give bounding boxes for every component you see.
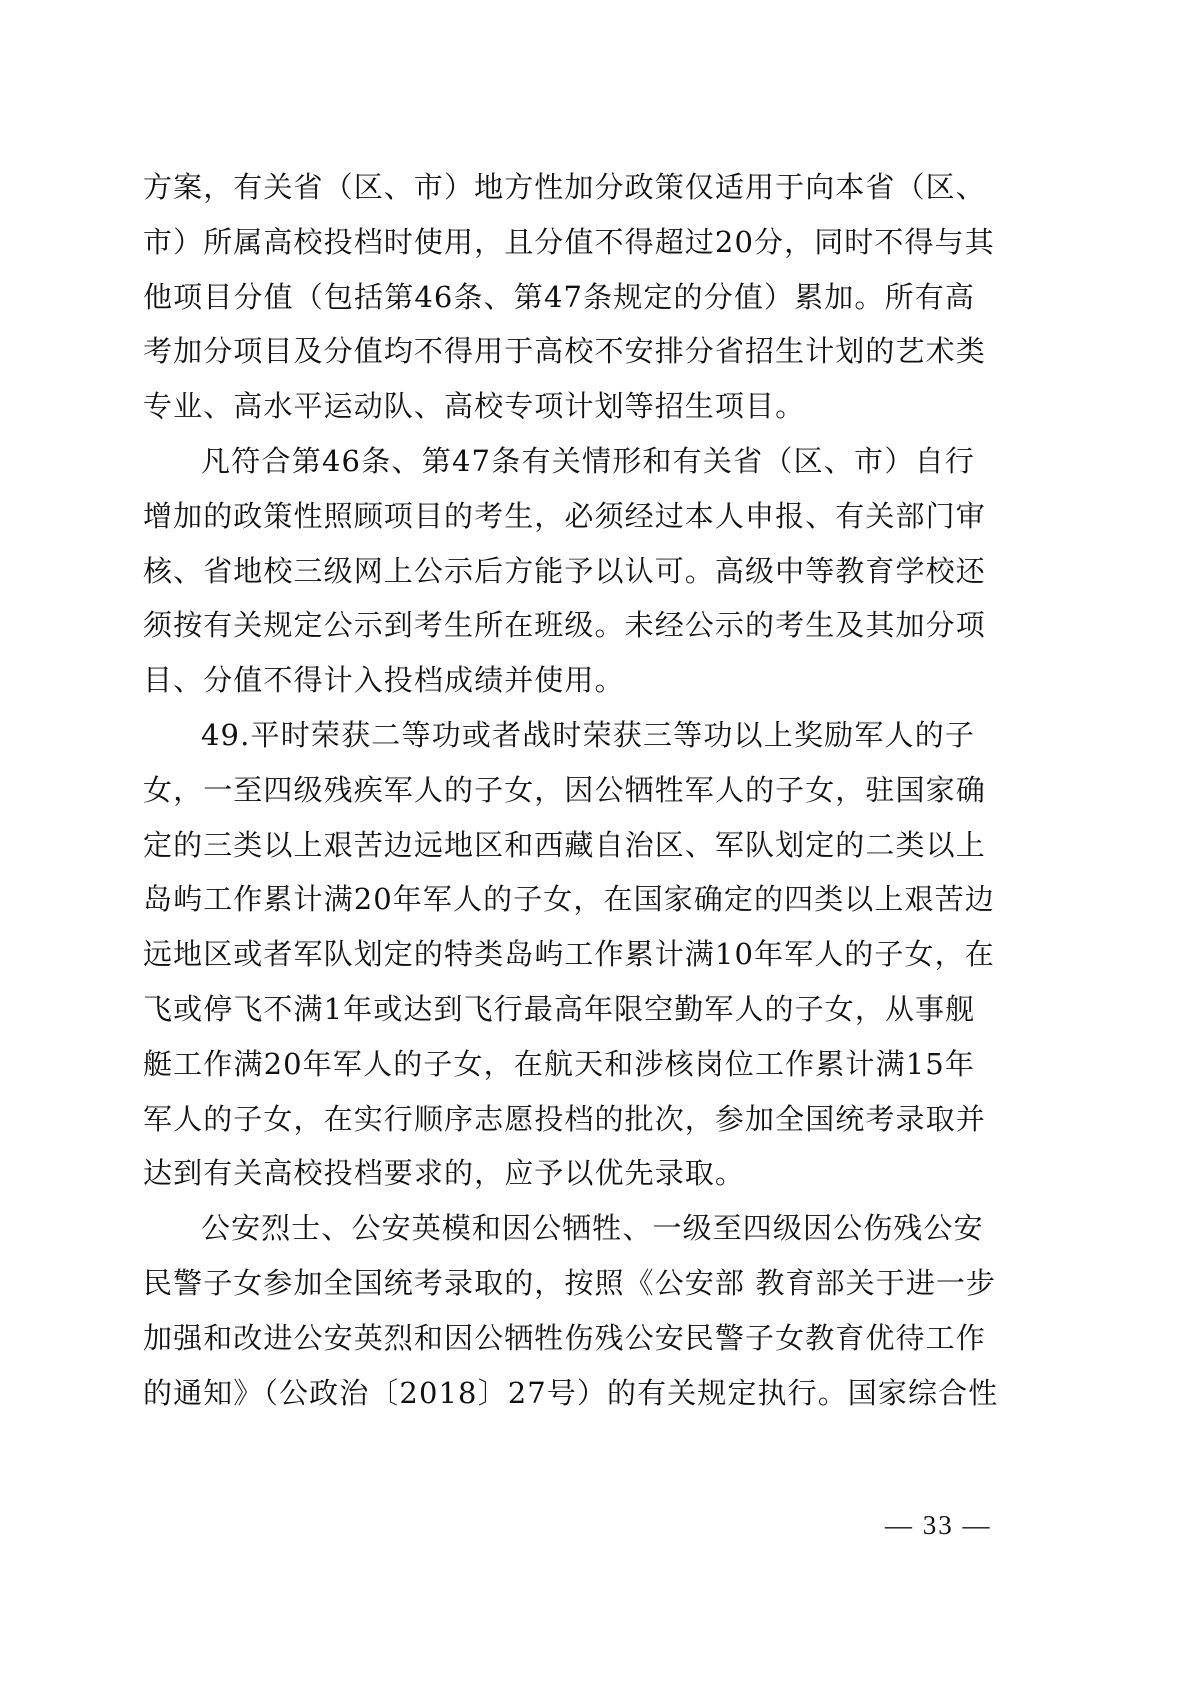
text-line-5: 专业、高水平运动队、高校专项计划等招生项目。 — [143, 379, 975, 434]
text-line-12: 女，一至四级残疾军人的子女，因公牺牲军人的子女，驻国家确 — [143, 763, 975, 818]
text-line-10: 目、分值不得计入投档成绩并使用。 — [143, 653, 975, 708]
text-line-22: 加强和改进公安英烈和因公牺牲伤残公安民警子女教育优待工作 — [143, 1311, 975, 1366]
text-line-7: 增加的政策性照顾项目的考生，必须经过本人申报、有关部门审 — [143, 489, 975, 544]
text-line-9: 须按有关规定公示到考生所在班级。未经公示的考生及其加分项 — [143, 598, 975, 653]
text-line-14: 岛屿工作累计满20年军人的子女，在国家确定的四类以上艰苦边 — [143, 872, 975, 927]
text-line-13: 定的三类以上艰苦边远地区和西藏自治区、军队划定的二类以上 — [143, 818, 975, 873]
text-line-15: 远地区或者军队划定的特类岛屿工作累计满10年军人的子女，在 — [143, 927, 975, 982]
text-line-8: 核、省地校三级网上公示后方能予以认可。高级中等教育学校还 — [143, 544, 975, 599]
text-line-2: 市）所属高校投档时使用，且分值不得超过20分，同时不得与其 — [143, 215, 975, 270]
text-line-19: 达到有关高校投档要求的，应予以优先录取。 — [143, 1146, 975, 1201]
text-line-20: 公安烈士、公安英模和因公牺牲、一级至四级因公伤残公安 — [143, 1201, 975, 1256]
text-line-1: 方案，有关省（区、市）地方性加分政策仅适用于向本省（区、 — [143, 160, 975, 215]
text-line-18: 军人的子女，在实行顺序志愿投档的批次，参加全国统考录取并 — [143, 1092, 975, 1147]
document-page: 方案，有关省（区、市）地方性加分政策仅适用于向本省（区、 市）所属高校投档时使用… — [0, 0, 1191, 1684]
text-line-4: 考加分项目及分值均不得用于高校不安排分省招生计划的艺术类 — [143, 324, 975, 379]
text-line-17: 艇工作满20年军人的子女，在航天和涉核岗位工作累计满15年 — [143, 1037, 975, 1092]
page-number: — 33 — — [885, 1510, 992, 1541]
text-line-3: 他项目分值（包括第46条、第47条规定的分值）累加。所有高 — [143, 270, 975, 325]
text-line-6: 凡符合第46条、第47条有关情形和有关省（区、市）自行 — [143, 434, 975, 489]
text-line-21: 民警子女参加全国统考录取的，按照《公安部 教育部关于进一步 — [143, 1256, 975, 1311]
text-line-23: 的通知》（公政治〔2018〕27号）的有关规定执行。国家综合性 — [143, 1366, 975, 1421]
body-text: 方案，有关省（区、市）地方性加分政策仅适用于向本省（区、 市）所属高校投档时使用… — [143, 160, 975, 1420]
text-line-16: 飞或停飞不满1年或达到飞行最高年限空勤军人的子女，从事舰 — [143, 982, 975, 1037]
text-line-11: 49.平时荣获二等功或者战时荣获三等功以上奖励军人的子 — [143, 708, 975, 763]
